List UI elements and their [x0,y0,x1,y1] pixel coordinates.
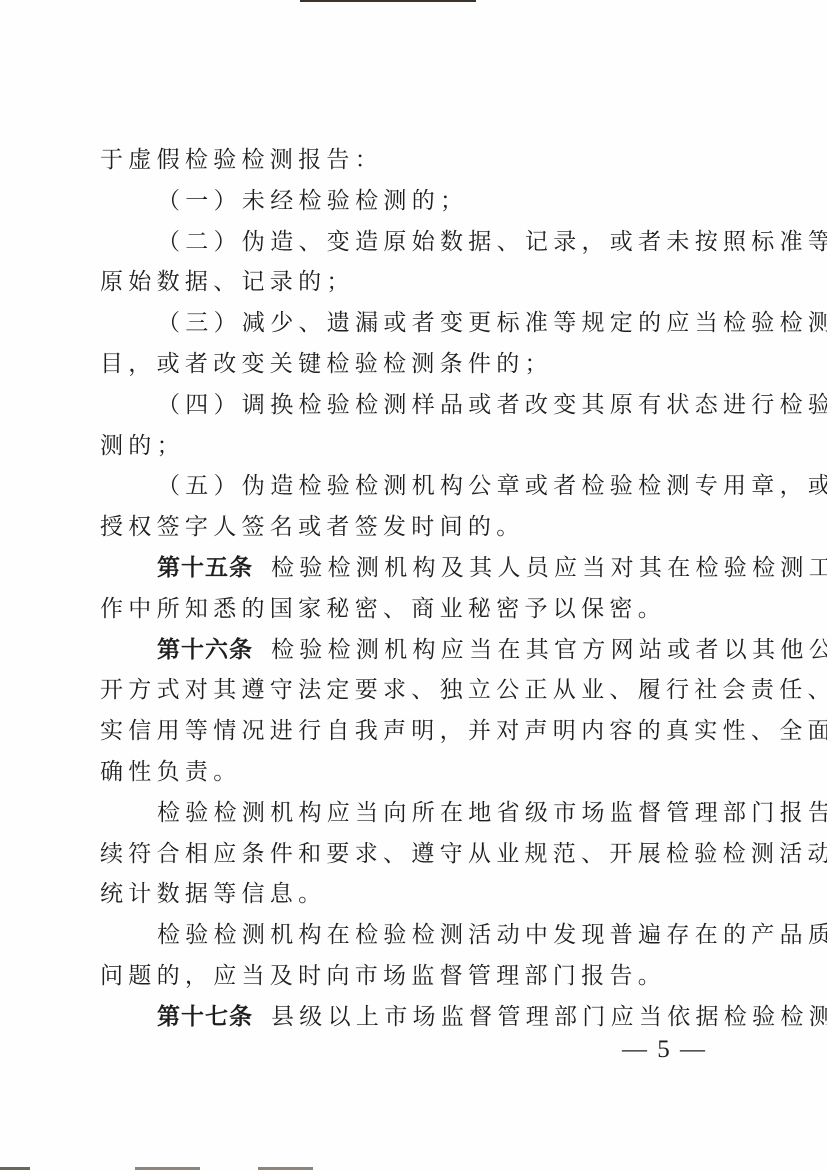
list-item-1: （一）未经检验检测的； [100,181,712,222]
article-16-paragraph-2-continuation: 续符合相应条件和要求、遵守从业规范、开展检验检测活动以及 [100,834,712,875]
list-item-3: （三）减少、遗漏或者变更标准等规定的应当检验检测的项 [100,303,712,344]
article-16-paragraph-3-continuation: 问题的，应当及时向市场监督管理部门报告。 [100,956,712,997]
article-15-number: 第十五条 [157,555,253,581]
article-16-paragraph-2-continuation: 统计数据等信息。 [100,874,712,915]
text-line: 于虚假检验检测报告： [100,140,712,181]
list-item-3-continuation: 目，或者改变关键检验检测条件的； [100,344,712,385]
article-16-continuation: 确性负责。 [100,752,712,793]
page-number: — 5 — [622,1036,707,1064]
document-body: 于虚假检验检测报告： （一）未经检验检测的； （二）伪造、变造原始数据、记录，或… [100,140,712,1038]
list-item-4-continuation: 测的； [100,426,712,467]
article-16-continuation: 实信用等情况进行自我声明，并对声明内容的真实性、全面性、准 [100,711,712,752]
article-16-paragraph-2: 检验检测机构应当向所在地省级市场监督管理部门报告持 [100,793,712,834]
scan-edge-artifact [300,0,476,2]
list-item-2: （二）伪造、变造原始数据、记录，或者未按照标准等规定采用 [100,222,712,263]
article-17-number: 第十七条 [157,1004,253,1030]
article-16: 第十六条检验检测机构应当在其官方网站或者以其他公 [100,630,712,671]
article-17-text: 县级以上市场监督管理部门应当依据检验检测 [271,1004,827,1030]
article-16-text: 检验检测机构应当在其官方网站或者以其他公 [271,637,827,663]
article-16-paragraph-3: 检验检测机构在检验检测活动中发现普遍存在的产品质量 [100,915,712,956]
article-17: 第十七条县级以上市场监督管理部门应当依据检验检测 [100,997,712,1038]
article-16-number: 第十六条 [157,637,253,663]
article-15-continuation: 作中所知悉的国家秘密、商业秘密予以保密。 [100,589,712,630]
list-item-4: （四）调换检验检测样品或者改变其原有状态进行检验检 [100,385,712,426]
list-item-2-continuation: 原始数据、记录的； [100,262,712,303]
article-15: 第十五条检验检测机构及其人员应当对其在检验检测工 [100,548,712,589]
list-item-5-continuation: 授权签字人签名或者签发时间的。 [100,507,712,548]
article-15-text: 检验检测机构及其人员应当对其在检验检测工 [271,555,827,581]
list-item-5: （五）伪造检验检测机构公章或者检验检测专用章，或者伪造 [100,466,712,507]
article-16-continuation: 开方式对其遵守法定要求、独立公正从业、履行社会责任、严守诚 [100,670,712,711]
